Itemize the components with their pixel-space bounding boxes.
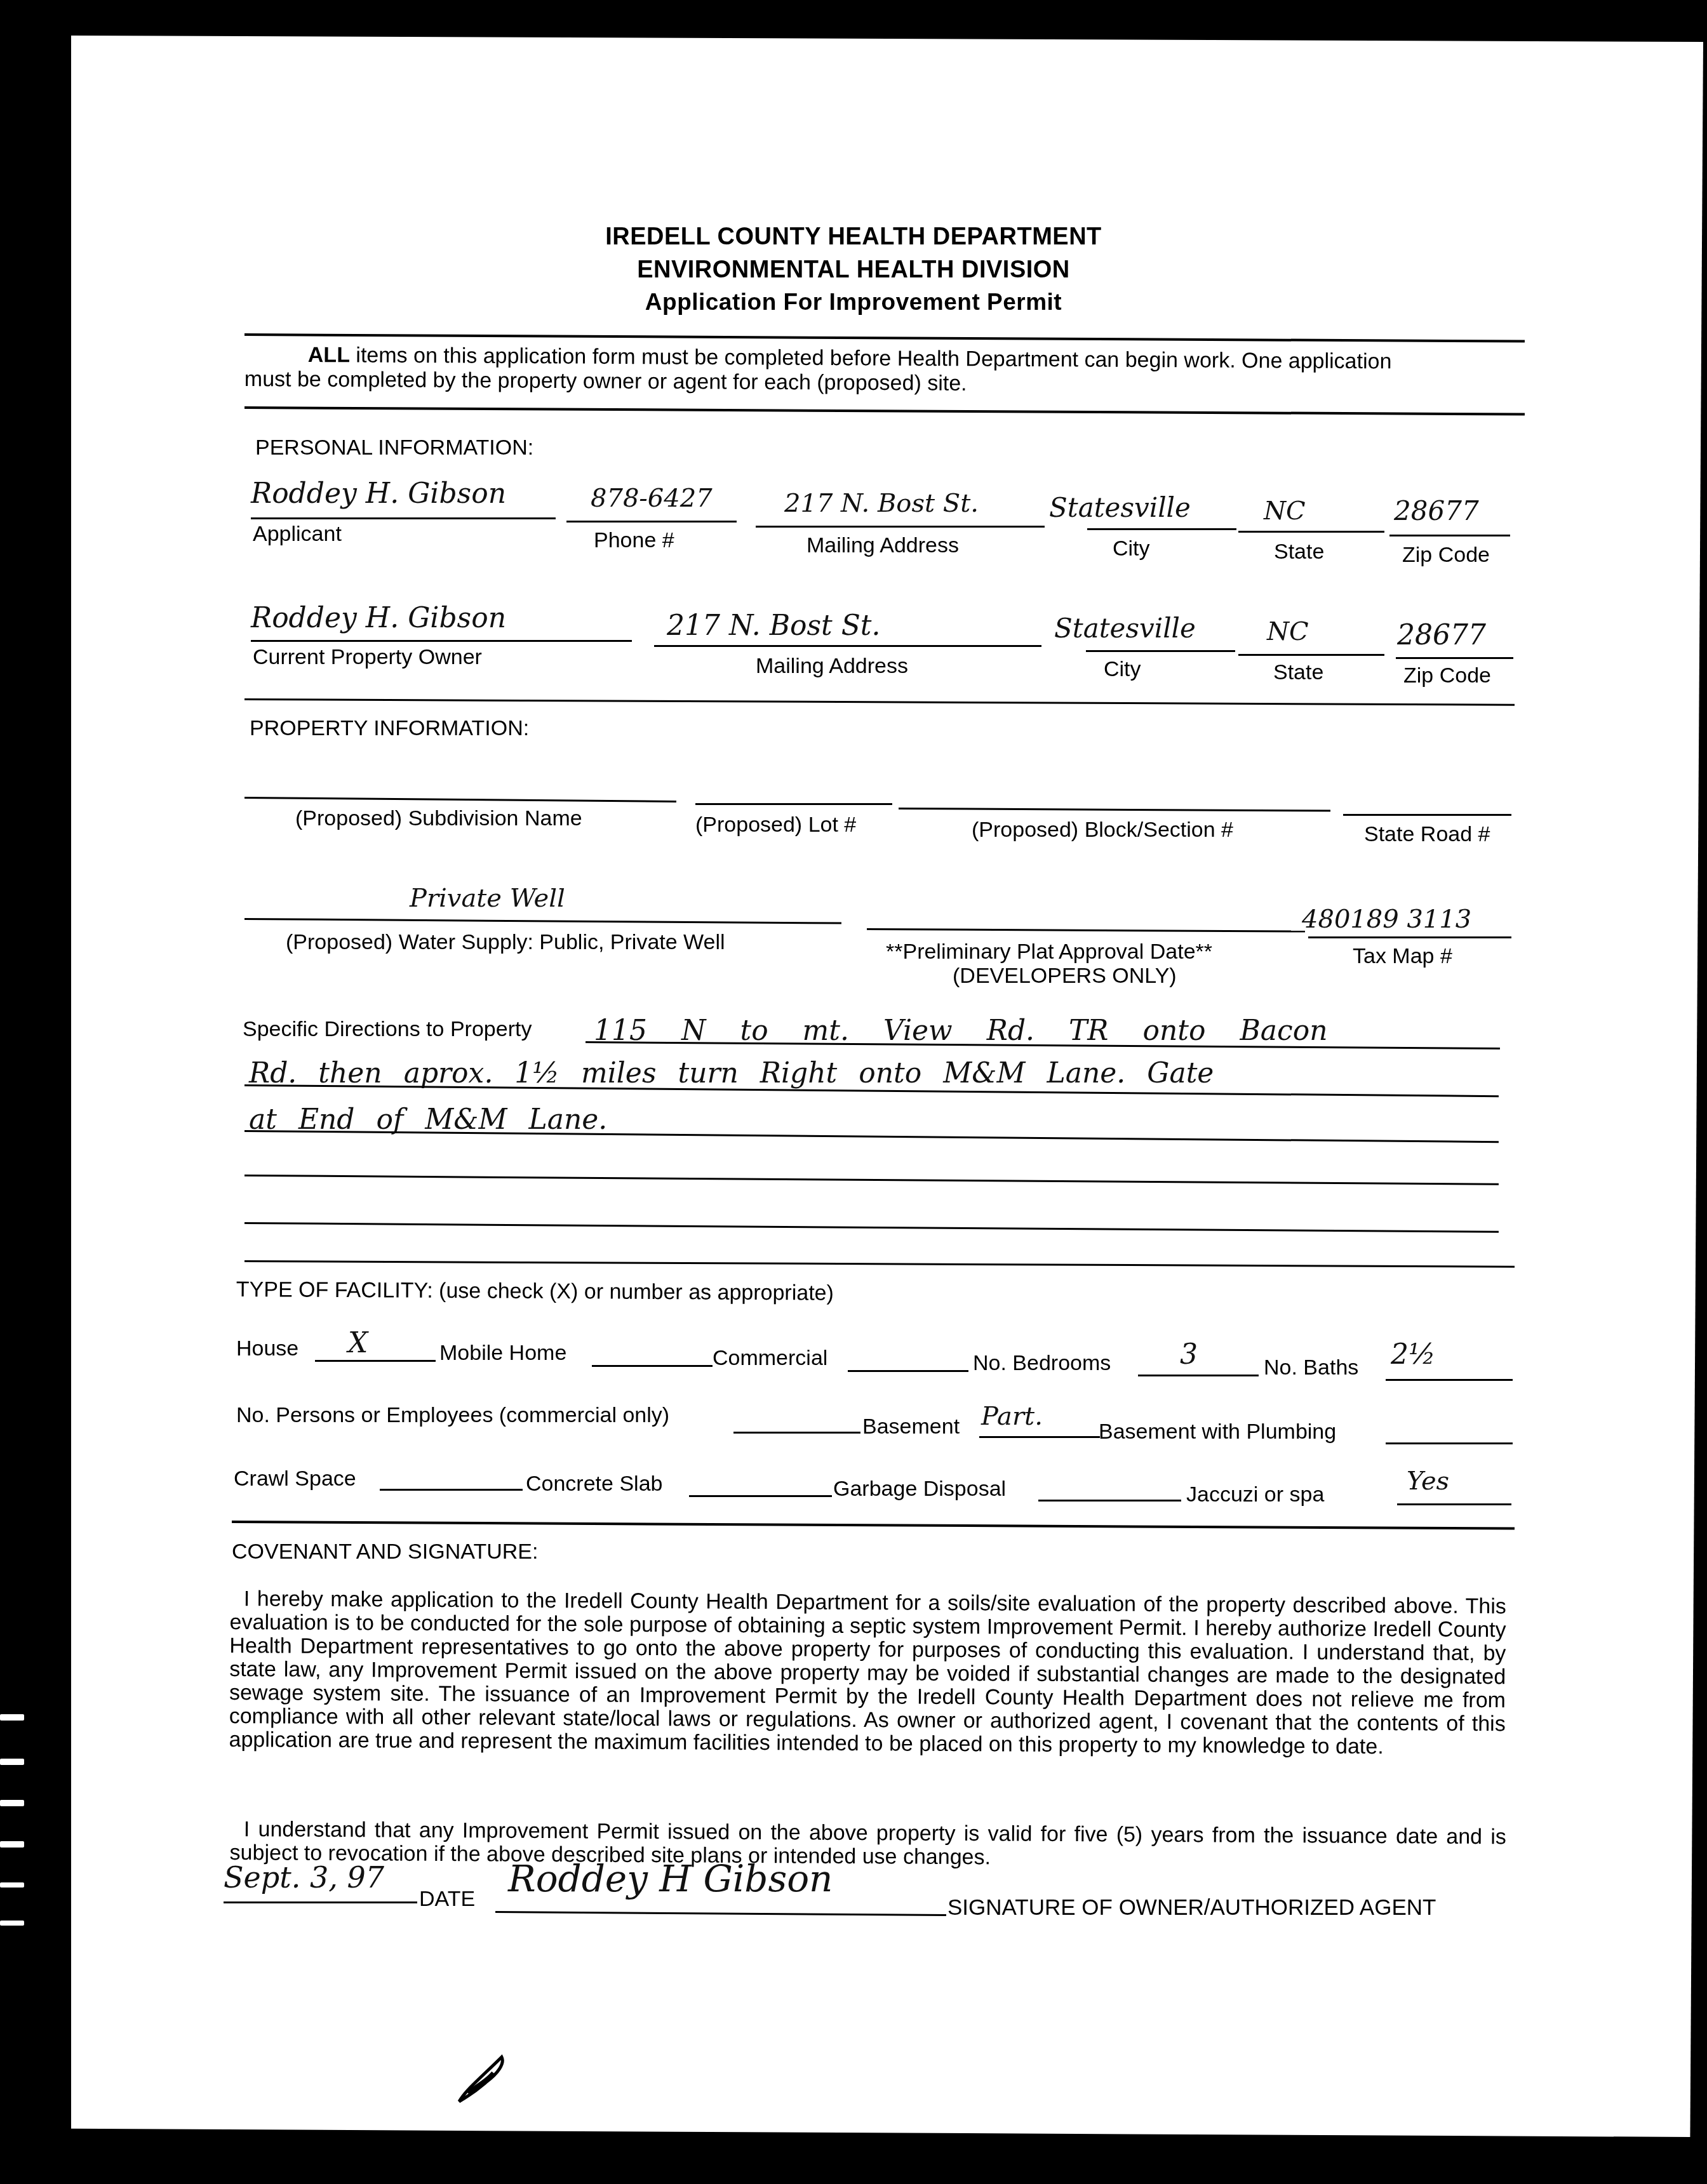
- lot-label: (Proposed) Lot #: [695, 813, 856, 837]
- owner-state-label: State: [1273, 660, 1323, 685]
- subdivision-label: (Proposed) Subdivision Name: [295, 806, 582, 831]
- personal-info-heading: PERSONAL INFORMATION:: [255, 436, 533, 460]
- division-title: ENVIRONMENTAL HEALTH DIVISION: [0, 256, 1707, 284]
- covenant-paragraph-1: I hereby make application to the Iredell…: [229, 1587, 1506, 1759]
- ink-smudge: [454, 2054, 511, 2105]
- crawl-space-field[interactable]: [380, 1489, 523, 1491]
- applicant-state-label: State: [1274, 540, 1324, 564]
- owner-address-label: Mailing Address: [756, 654, 908, 679]
- crawl-space-label: Crawl Space: [234, 1467, 356, 1491]
- owner-name[interactable]: Roddey H. Gibson: [251, 602, 506, 634]
- date-label: DATE: [419, 1887, 475, 1912]
- scan-artifact: [0, 1759, 24, 1765]
- plat-approval-label: **Preliminary Plat Approval Date**: [886, 940, 1212, 964]
- jacuzzi-label: Jaccuzi or spa: [1186, 1482, 1324, 1507]
- owner-city-label: City: [1104, 657, 1141, 682]
- state-road-label: State Road #: [1364, 822, 1490, 847]
- directions-line-2[interactable]: Rd. then aprox. 1½ miles turn Right onto…: [249, 1057, 1214, 1089]
- owner-address[interactable]: 217 N. Bost St.: [667, 609, 881, 642]
- signature-label: SIGNATURE OF OWNER/AUTHORIZED AGENT: [947, 1895, 1436, 1921]
- water-supply-value[interactable]: Private Well: [410, 884, 565, 913]
- scan-artifact: [0, 1921, 24, 1926]
- scan-artifact: [0, 1841, 24, 1848]
- covenant-paragraph-2: I understand that any Improvement Permit…: [230, 1818, 1506, 1872]
- owner-zip[interactable]: 28677: [1397, 619, 1486, 651]
- covenant-heading: COVENANT AND SIGNATURE:: [232, 1540, 538, 1564]
- commercial-label: Commercial: [713, 1346, 827, 1371]
- scan-artifact: [0, 1882, 24, 1888]
- signature-value[interactable]: Roddey H Gibson: [508, 1857, 833, 1900]
- applicant-city[interactable]: Statesville: [1049, 492, 1191, 523]
- owner-label: Current Property Owner: [253, 645, 482, 670]
- house-label: House: [236, 1336, 298, 1361]
- baths-value[interactable]: 2½: [1391, 1338, 1436, 1371]
- directions-label: Specific Directions to Property: [243, 1017, 532, 1042]
- scan-artifact: [0, 1800, 24, 1806]
- commercial-field[interactable]: [848, 1370, 968, 1372]
- scan-artifact: [0, 1714, 24, 1721]
- water-supply-label: (Proposed) Water Supply: Public, Private…: [286, 930, 725, 955]
- phone-label: Phone #: [594, 528, 674, 553]
- applicant-state[interactable]: NC: [1264, 496, 1306, 526]
- applicant-label: Applicant: [253, 522, 342, 547]
- applicant-address-label: Mailing Address: [807, 533, 959, 558]
- basement-plumbing-field[interactable]: [1386, 1442, 1513, 1444]
- applicant-zip[interactable]: 28677: [1394, 495, 1479, 526]
- concrete-slab-field[interactable]: [689, 1495, 832, 1497]
- owner-state[interactable]: NC: [1267, 617, 1309, 646]
- form-title: Application For Improvement Permit: [0, 289, 1707, 316]
- facility-heading: TYPE OF FACILITY: (use check (X) or numb…: [236, 1277, 834, 1306]
- garbage-disposal-label: Garbage Disposal: [833, 1477, 1006, 1501]
- persons-label: No. Persons or Employees (commercial onl…: [236, 1403, 669, 1428]
- applicant-city-label: City: [1113, 536, 1150, 561]
- applicant-name[interactable]: Roddey H. Gibson: [251, 477, 506, 510]
- property-info-heading: PROPERTY INFORMATION:: [250, 716, 529, 741]
- block-section-label: (Proposed) Block/Section #: [972, 818, 1233, 842]
- baths-label: No. Baths: [1264, 1355, 1358, 1380]
- mobile-home-label: Mobile Home: [439, 1341, 566, 1366]
- developers-only-label: (DEVELOPERS ONLY): [953, 964, 1177, 989]
- basement-label: Basement: [862, 1415, 960, 1439]
- department-title: IREDELL COUNTY HEALTH DEPARTMENT: [0, 223, 1707, 251]
- tax-map-value[interactable]: 480189 3113: [1302, 905, 1471, 934]
- concrete-slab-label: Concrete Slab: [526, 1472, 662, 1496]
- intro-line-2: must be completed by the property owner …: [244, 367, 967, 396]
- persons-field[interactable]: [733, 1432, 860, 1434]
- garbage-disposal-field[interactable]: [1038, 1500, 1181, 1501]
- phone-value[interactable]: 878-6427: [591, 484, 713, 513]
- bedrooms-label: No. Bedrooms: [973, 1351, 1111, 1376]
- mobile-home-field[interactable]: [592, 1365, 713, 1367]
- bedrooms-value[interactable]: 3: [1180, 1338, 1198, 1371]
- owner-city[interactable]: Statesville: [1054, 613, 1196, 644]
- owner-zip-label: Zip Code: [1403, 663, 1491, 688]
- basement-value[interactable]: Part.: [981, 1402, 1043, 1431]
- applicant-address[interactable]: 217 N. Bost St.: [784, 489, 979, 518]
- date-value[interactable]: Sept. 3, 97: [224, 1860, 384, 1894]
- jacuzzi-value[interactable]: Yes: [1407, 1467, 1449, 1496]
- applicant-zip-label: Zip Code: [1402, 543, 1490, 568]
- house-value[interactable]: X: [348, 1327, 368, 1359]
- basement-plumbing-label: Basement with Plumbing: [1099, 1420, 1336, 1444]
- tax-map-label: Tax Map #: [1353, 944, 1452, 969]
